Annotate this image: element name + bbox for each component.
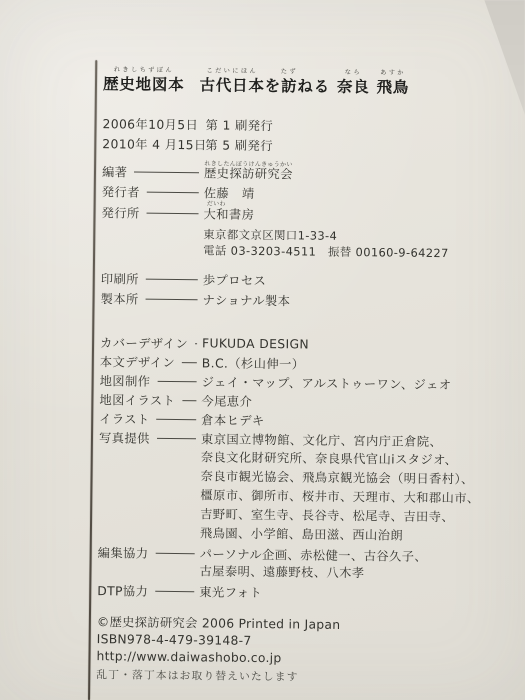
leader-line — [147, 192, 199, 194]
row-label: 印刷所 — [101, 269, 139, 287]
row-label: 地図イラスト — [99, 390, 175, 409]
row-value: 歩プロセス — [203, 270, 267, 289]
title-text: 古代日本 — [199, 76, 264, 95]
furigana: こだいにほん — [206, 65, 258, 75]
leader-line — [146, 299, 198, 301]
edition-dates: 2006年10月5日 第 1 刷発行 2010年 4 月15日 第 5 刷発行 — [102, 113, 273, 155]
leader-line — [157, 438, 196, 439]
leader-line — [182, 362, 197, 363]
defective-copy-notice: 乱丁・落丁本はお取り替えいたします — [96, 667, 340, 685]
row-value: 歴史探訪研究会 — [204, 166, 293, 181]
leader-line — [155, 552, 194, 553]
row-label: 編著 — [102, 162, 128, 180]
row-label: 発行者 — [102, 183, 140, 201]
title-segment: れきしちずぼん歴史地図本 — [103, 72, 185, 95]
title-segment: なら奈良 — [337, 75, 370, 97]
row-value: B.C.（杉山伸一） — [202, 353, 305, 372]
row-label: 本文デザイン — [100, 352, 176, 371]
publisher-block: 編著 れきしたんぼうけんきゅうかい歴史探訪研究会 発行者 佐藤 靖 発行所 だい… — [101, 161, 504, 261]
row-label: 発行所 — [101, 203, 139, 221]
title-segment: たず訪 — [281, 74, 298, 96]
edition-row: 2006年10月5日 第 1 刷発行 — [102, 113, 273, 135]
publisher-row: 発行所 だいわ大和書房 — [101, 202, 503, 227]
edition-printing: 第 1 刷発行 — [205, 115, 273, 134]
furigana: れきしたんぼうけんきゅうかい — [204, 158, 293, 168]
title-text: 奈良 — [337, 78, 370, 96]
furigana: だいわ — [204, 199, 230, 208]
title-segment: ねる — [297, 74, 330, 96]
furigana: なら — [345, 66, 362, 75]
furigana: あすか — [380, 67, 406, 76]
row-label: カバーデザイン — [100, 333, 188, 352]
title-text: ねる — [297, 77, 330, 95]
row-value: 東京国立博物館、文化庁、宮内庁正倉院、 — [201, 429, 442, 450]
page-tilt-wrapper: れきしちずぼん歴史地図本こだいにほん古代日本をたず訪ねるなら奈良あすか飛鳥 20… — [0, 0, 525, 700]
dtp-row: DTP協力 東光フォト — [97, 580, 499, 604]
leader-line — [134, 172, 199, 174]
leader-line — [155, 591, 194, 592]
row-label: 編集協力 — [98, 543, 149, 562]
edition-printing: 第 5 刷発行 — [205, 135, 273, 154]
row-value: ナショナル製本 — [202, 290, 290, 309]
edition-date: 2006年10月5日 — [102, 114, 205, 133]
row-value: パーソナル企画、赤松健一、古谷久子、 — [200, 544, 428, 565]
leader-line — [195, 343, 197, 344]
leader-line — [157, 419, 197, 420]
footer-block: ©歴史探訪研究会 2006 Printed in Japan ISBN978-4… — [96, 614, 340, 685]
furigana: れきしちずぼん — [114, 64, 174, 74]
row-value: 今尾恵介 — [201, 391, 252, 410]
row-label: DTP協力 — [97, 581, 148, 600]
row-label: 地図制作 — [100, 371, 151, 390]
title-text: 訪 — [281, 77, 298, 95]
url-line: http://www.daiwashobo.co.jp — [96, 648, 340, 668]
publisher-contact: 電話 03-3203-4511 振替 00160-9-64227 — [101, 241, 503, 262]
leader-line — [147, 212, 199, 214]
row-label: 製本所 — [100, 289, 138, 307]
leader-line — [182, 400, 196, 401]
title-segment: を — [265, 74, 282, 96]
edition-row: 2010年 4 月15日 第 5 刷発行 — [102, 133, 273, 155]
row-value: 東光フォト — [199, 582, 262, 601]
title-segment: こだいにほん古代日本 — [199, 73, 264, 96]
row-value: 大和 — [203, 207, 229, 221]
page-gutter-line — [88, 60, 97, 700]
edition-date: 2010年 4 月15日 — [102, 134, 205, 153]
row-value: FUKUDA DESIGN — [202, 336, 309, 351]
leader-line — [146, 279, 198, 281]
row-value: ジェイ・マップ、アルストゥーワン、ジェオ — [202, 372, 452, 393]
row-label: イラスト — [99, 409, 150, 428]
credits-block: カバーデザイン FUKUDA DESIGN 本文デザイン B.C.（杉山伸一） … — [97, 332, 502, 604]
furigana: たず — [281, 66, 298, 75]
title-text: 歴史地図本 — [103, 75, 185, 94]
row-value: 倉本ヒデキ — [201, 410, 265, 429]
book-title: れきしちずぼん歴史地図本こだいにほん古代日本をたず訪ねるなら奈良あすか飛鳥 — [103, 72, 409, 97]
binder-row: 製本所 ナショナル製本 — [100, 288, 502, 313]
production-block: 印刷所 歩プロセス 製本所 ナショナル製本 — [100, 268, 502, 313]
leader-line — [157, 381, 196, 382]
title-segment: あすか飛鳥 — [376, 75, 409, 97]
book-colophon-photo: れきしちずぼん歴史地図本こだいにほん古代日本をたず訪ねるなら奈良あすか飛鳥 20… — [0, 0, 525, 700]
row-value: 書房 — [229, 207, 255, 221]
title-text: 飛鳥 — [376, 78, 409, 96]
row-label: 写真提供 — [99, 428, 150, 447]
title-text: を — [265, 77, 282, 95]
